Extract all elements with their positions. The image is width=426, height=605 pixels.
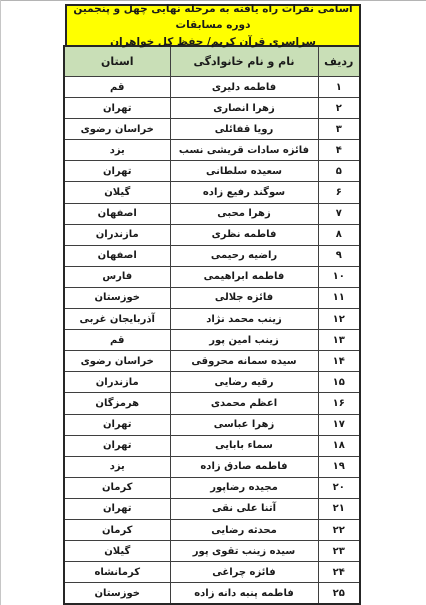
cell-province: تهران bbox=[64, 161, 170, 182]
cell-row-number: ۲۰ bbox=[318, 477, 360, 498]
cell-full-name: سعیده سلطانی bbox=[170, 161, 318, 182]
cell-full-name: سیده زینب تقوی پور bbox=[170, 541, 318, 562]
cell-full-name: فاطمه نظری bbox=[170, 224, 318, 245]
table-title: اسامی نفرات راه یافته به مرحله نهایی چهل… bbox=[65, 4, 361, 47]
window-edge-left bbox=[0, 0, 1, 605]
cell-full-name: زهرا محبی bbox=[170, 203, 318, 224]
results-table: ردیف نام و نام خانوادگی استان ۱فاطمه دلی… bbox=[63, 45, 361, 605]
column-header-full-name: نام و نام خانوادگی bbox=[170, 46, 318, 77]
cell-province: تهران bbox=[64, 435, 170, 456]
table-row: ۲۲محدثه رضاییکرمان bbox=[64, 519, 360, 540]
cell-full-name: آتنا علی نقی bbox=[170, 498, 318, 519]
table-row: ۱۳زینب امین پورقم bbox=[64, 330, 360, 351]
cell-province: کرمان bbox=[64, 477, 170, 498]
cell-province: اصفهان bbox=[64, 203, 170, 224]
cell-row-number: ۱۰ bbox=[318, 266, 360, 287]
cell-province: قم bbox=[64, 330, 170, 351]
cell-full-name: سوگند رفیع زاده bbox=[170, 182, 318, 203]
cell-full-name: فائزه چراغی bbox=[170, 562, 318, 583]
cell-province: گیلان bbox=[64, 541, 170, 562]
table-row: ۶سوگند رفیع زادهگیلان bbox=[64, 182, 360, 203]
cell-province: تهران bbox=[64, 98, 170, 119]
column-header-row-number: ردیف bbox=[318, 46, 360, 77]
cell-province: قم bbox=[64, 77, 170, 98]
cell-province: تهران bbox=[64, 498, 170, 519]
table-row: ۲۱آتنا علی نقیتهران bbox=[64, 498, 360, 519]
cell-row-number: ۱ bbox=[318, 77, 360, 98]
table-row: ۹راضیه رحیمیاصفهان bbox=[64, 245, 360, 266]
cell-full-name: رقیه رضایی bbox=[170, 372, 318, 393]
table-row: ۸فاطمه نظریمازندران bbox=[64, 224, 360, 245]
cell-province: خوزستان bbox=[64, 583, 170, 605]
cell-full-name: مجیده رضاپور bbox=[170, 477, 318, 498]
table-row: ۷زهرا محبیاصفهان bbox=[64, 203, 360, 224]
cell-full-name: فاطمه پنبه دانه زاده bbox=[170, 583, 318, 605]
cell-province: اصفهان bbox=[64, 245, 170, 266]
cell-row-number: ۱۶ bbox=[318, 393, 360, 414]
cell-row-number: ۱۴ bbox=[318, 351, 360, 372]
cell-province: تهران bbox=[64, 414, 170, 435]
table-body: ۱فاطمه دلیریقم۲زهرا انصاریتهران۳رویا قفا… bbox=[64, 77, 360, 605]
table-row: ۱۱فائزه جلالیخوزستان bbox=[64, 287, 360, 308]
cell-province: خراسان رضوی bbox=[64, 119, 170, 140]
cell-row-number: ۶ bbox=[318, 182, 360, 203]
cell-row-number: ۲۵ bbox=[318, 583, 360, 605]
table-row: ۱۸سماء باباییتهران bbox=[64, 435, 360, 456]
table-row: ۴فائزه سادات قریشی نسبیزد bbox=[64, 140, 360, 161]
table-header: ردیف نام و نام خانوادگی استان bbox=[64, 46, 360, 77]
table-row: ۱فاطمه دلیریقم bbox=[64, 77, 360, 98]
cell-province: کرمانشاه bbox=[64, 562, 170, 583]
cell-row-number: ۱۳ bbox=[318, 330, 360, 351]
cell-row-number: ۲۱ bbox=[318, 498, 360, 519]
table-row: ۱۹فاطمه صادق زادهیزد bbox=[64, 456, 360, 477]
cell-full-name: فائزه سادات قریشی نسب bbox=[170, 140, 318, 161]
header-row: ردیف نام و نام خانوادگی استان bbox=[64, 46, 360, 77]
cell-full-name: فاطمه ابراهیمی bbox=[170, 266, 318, 287]
cell-row-number: ۷ bbox=[318, 203, 360, 224]
cell-full-name: فائزه جلالی bbox=[170, 287, 318, 308]
table-row: ۳رویا قفائلیخراسان رضوی bbox=[64, 119, 360, 140]
table-row: ۱۴سیده سمانه محروقیخراسان رضوی bbox=[64, 351, 360, 372]
cell-row-number: ۸ bbox=[318, 224, 360, 245]
cell-row-number: ۱۲ bbox=[318, 309, 360, 330]
cell-row-number: ۱۷ bbox=[318, 414, 360, 435]
table-row: ۲۳سیده زینب تقوی پورگیلان bbox=[64, 541, 360, 562]
cell-row-number: ۲۲ bbox=[318, 519, 360, 540]
table-row: ۱۶اعظم محمدیهرمزگان bbox=[64, 393, 360, 414]
cell-row-number: ۱۱ bbox=[318, 287, 360, 308]
table-row: ۱۷زهرا عباسیتهران bbox=[64, 414, 360, 435]
cell-full-name: راضیه رحیمی bbox=[170, 245, 318, 266]
cell-row-number: ۱۹ bbox=[318, 456, 360, 477]
cell-province: گیلان bbox=[64, 182, 170, 203]
cell-full-name: فاطمه صادق زاده bbox=[170, 456, 318, 477]
table-row: ۱۲زینب محمد نژادآذربایجان غربی bbox=[64, 309, 360, 330]
cell-province: مازندران bbox=[64, 224, 170, 245]
cell-province: خراسان رضوی bbox=[64, 351, 170, 372]
cell-province: فارس bbox=[64, 266, 170, 287]
cell-province: یزد bbox=[64, 140, 170, 161]
column-header-province: استان bbox=[64, 46, 170, 77]
table-row: ۲زهرا انصاریتهران bbox=[64, 98, 360, 119]
cell-row-number: ۴ bbox=[318, 140, 360, 161]
table-row: ۵سعیده سلطانیتهران bbox=[64, 161, 360, 182]
cell-row-number: ۲۴ bbox=[318, 562, 360, 583]
cell-full-name: محدثه رضایی bbox=[170, 519, 318, 540]
cell-row-number: ۱۵ bbox=[318, 372, 360, 393]
cell-row-number: ۲ bbox=[318, 98, 360, 119]
cell-full-name: سیده سمانه محروقی bbox=[170, 351, 318, 372]
results-sheet: اسامی نفرات راه یافته به مرحله نهایی چهل… bbox=[65, 4, 361, 605]
cell-row-number: ۱۸ bbox=[318, 435, 360, 456]
cell-full-name: رویا قفائلی bbox=[170, 119, 318, 140]
cell-province: هرمزگان bbox=[64, 393, 170, 414]
cell-row-number: ۳ bbox=[318, 119, 360, 140]
cell-province: آذربایجان غربی bbox=[64, 309, 170, 330]
cell-full-name: زهرا عباسی bbox=[170, 414, 318, 435]
table-row: ۲۴فائزه چراغیکرمانشاه bbox=[64, 562, 360, 583]
table-title-line1: اسامی نفرات راه یافته به مرحله نهایی چهل… bbox=[67, 1, 359, 34]
page: { "document": { "title_line1": "اسامی نف… bbox=[0, 0, 426, 605]
table-row: ۲۵فاطمه پنبه دانه زادهخوزستان bbox=[64, 583, 360, 605]
cell-full-name: سماء بابایی bbox=[170, 435, 318, 456]
cell-full-name: زینب محمد نژاد bbox=[170, 309, 318, 330]
cell-province: کرمان bbox=[64, 519, 170, 540]
cell-full-name: زینب امین پور bbox=[170, 330, 318, 351]
cell-row-number: ۲۳ bbox=[318, 541, 360, 562]
cell-province: خوزستان bbox=[64, 287, 170, 308]
cell-full-name: زهرا انصاری bbox=[170, 98, 318, 119]
cell-province: مازندران bbox=[64, 372, 170, 393]
cell-full-name: فاطمه دلیری bbox=[170, 77, 318, 98]
table-row: ۱۵رقیه رضاییمازندران bbox=[64, 372, 360, 393]
table-row: ۲۰مجیده رضاپورکرمان bbox=[64, 477, 360, 498]
cell-row-number: ۵ bbox=[318, 161, 360, 182]
cell-province: یزد bbox=[64, 456, 170, 477]
cell-full-name: اعظم محمدی bbox=[170, 393, 318, 414]
cell-row-number: ۹ bbox=[318, 245, 360, 266]
table-title-line2: سراسری قرآن کریم/ حفظ کل خواهران bbox=[110, 34, 316, 50]
table-row: ۱۰فاطمه ابراهیمیفارس bbox=[64, 266, 360, 287]
